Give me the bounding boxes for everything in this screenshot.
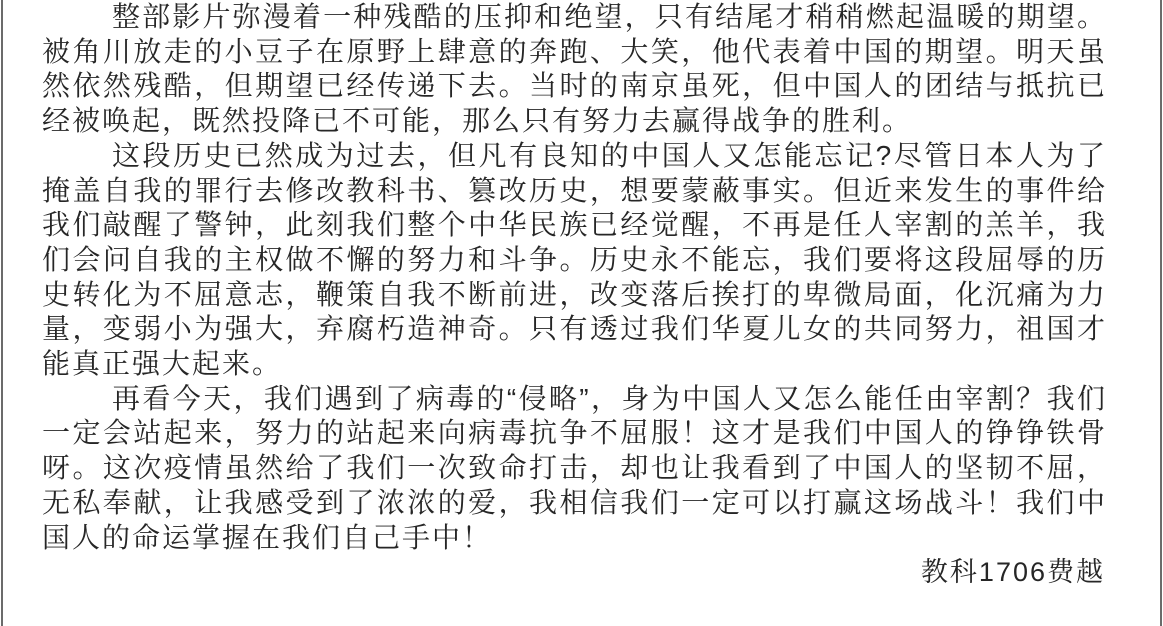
essay-paragraph-1: 整部影片弥漫着一种残酷的压抑和绝望，只有结尾才稍稍燃起温暖的期望。被角川放走的小… xyxy=(42,0,1107,139)
essay-paragraph-3: 再看今天，我们遇到了病毒的“侵略”，身为中国人又怎么能任由宰割？我们一定会站起来… xyxy=(42,382,1107,556)
essay-body: 整部影片弥漫着一种残酷的压抑和绝望，只有结尾才稍稍燃起温暖的期望。被角川放走的小… xyxy=(42,0,1107,590)
author-signature: 教科1706费越 xyxy=(42,555,1107,590)
essay-paragraph-2: 这段历史已然成为过去，但凡有良知的中国人又怎能忘记?尽管日本人为了掩盖自我的罪行… xyxy=(42,139,1107,382)
document-page: 整部影片弥漫着一种残酷的压抑和绝望，只有结尾才稍稍燃起温暖的期望。被角川放走的小… xyxy=(0,0,1163,626)
page-left-edge-line xyxy=(1,0,3,626)
page-right-edge-line xyxy=(1160,0,1162,626)
